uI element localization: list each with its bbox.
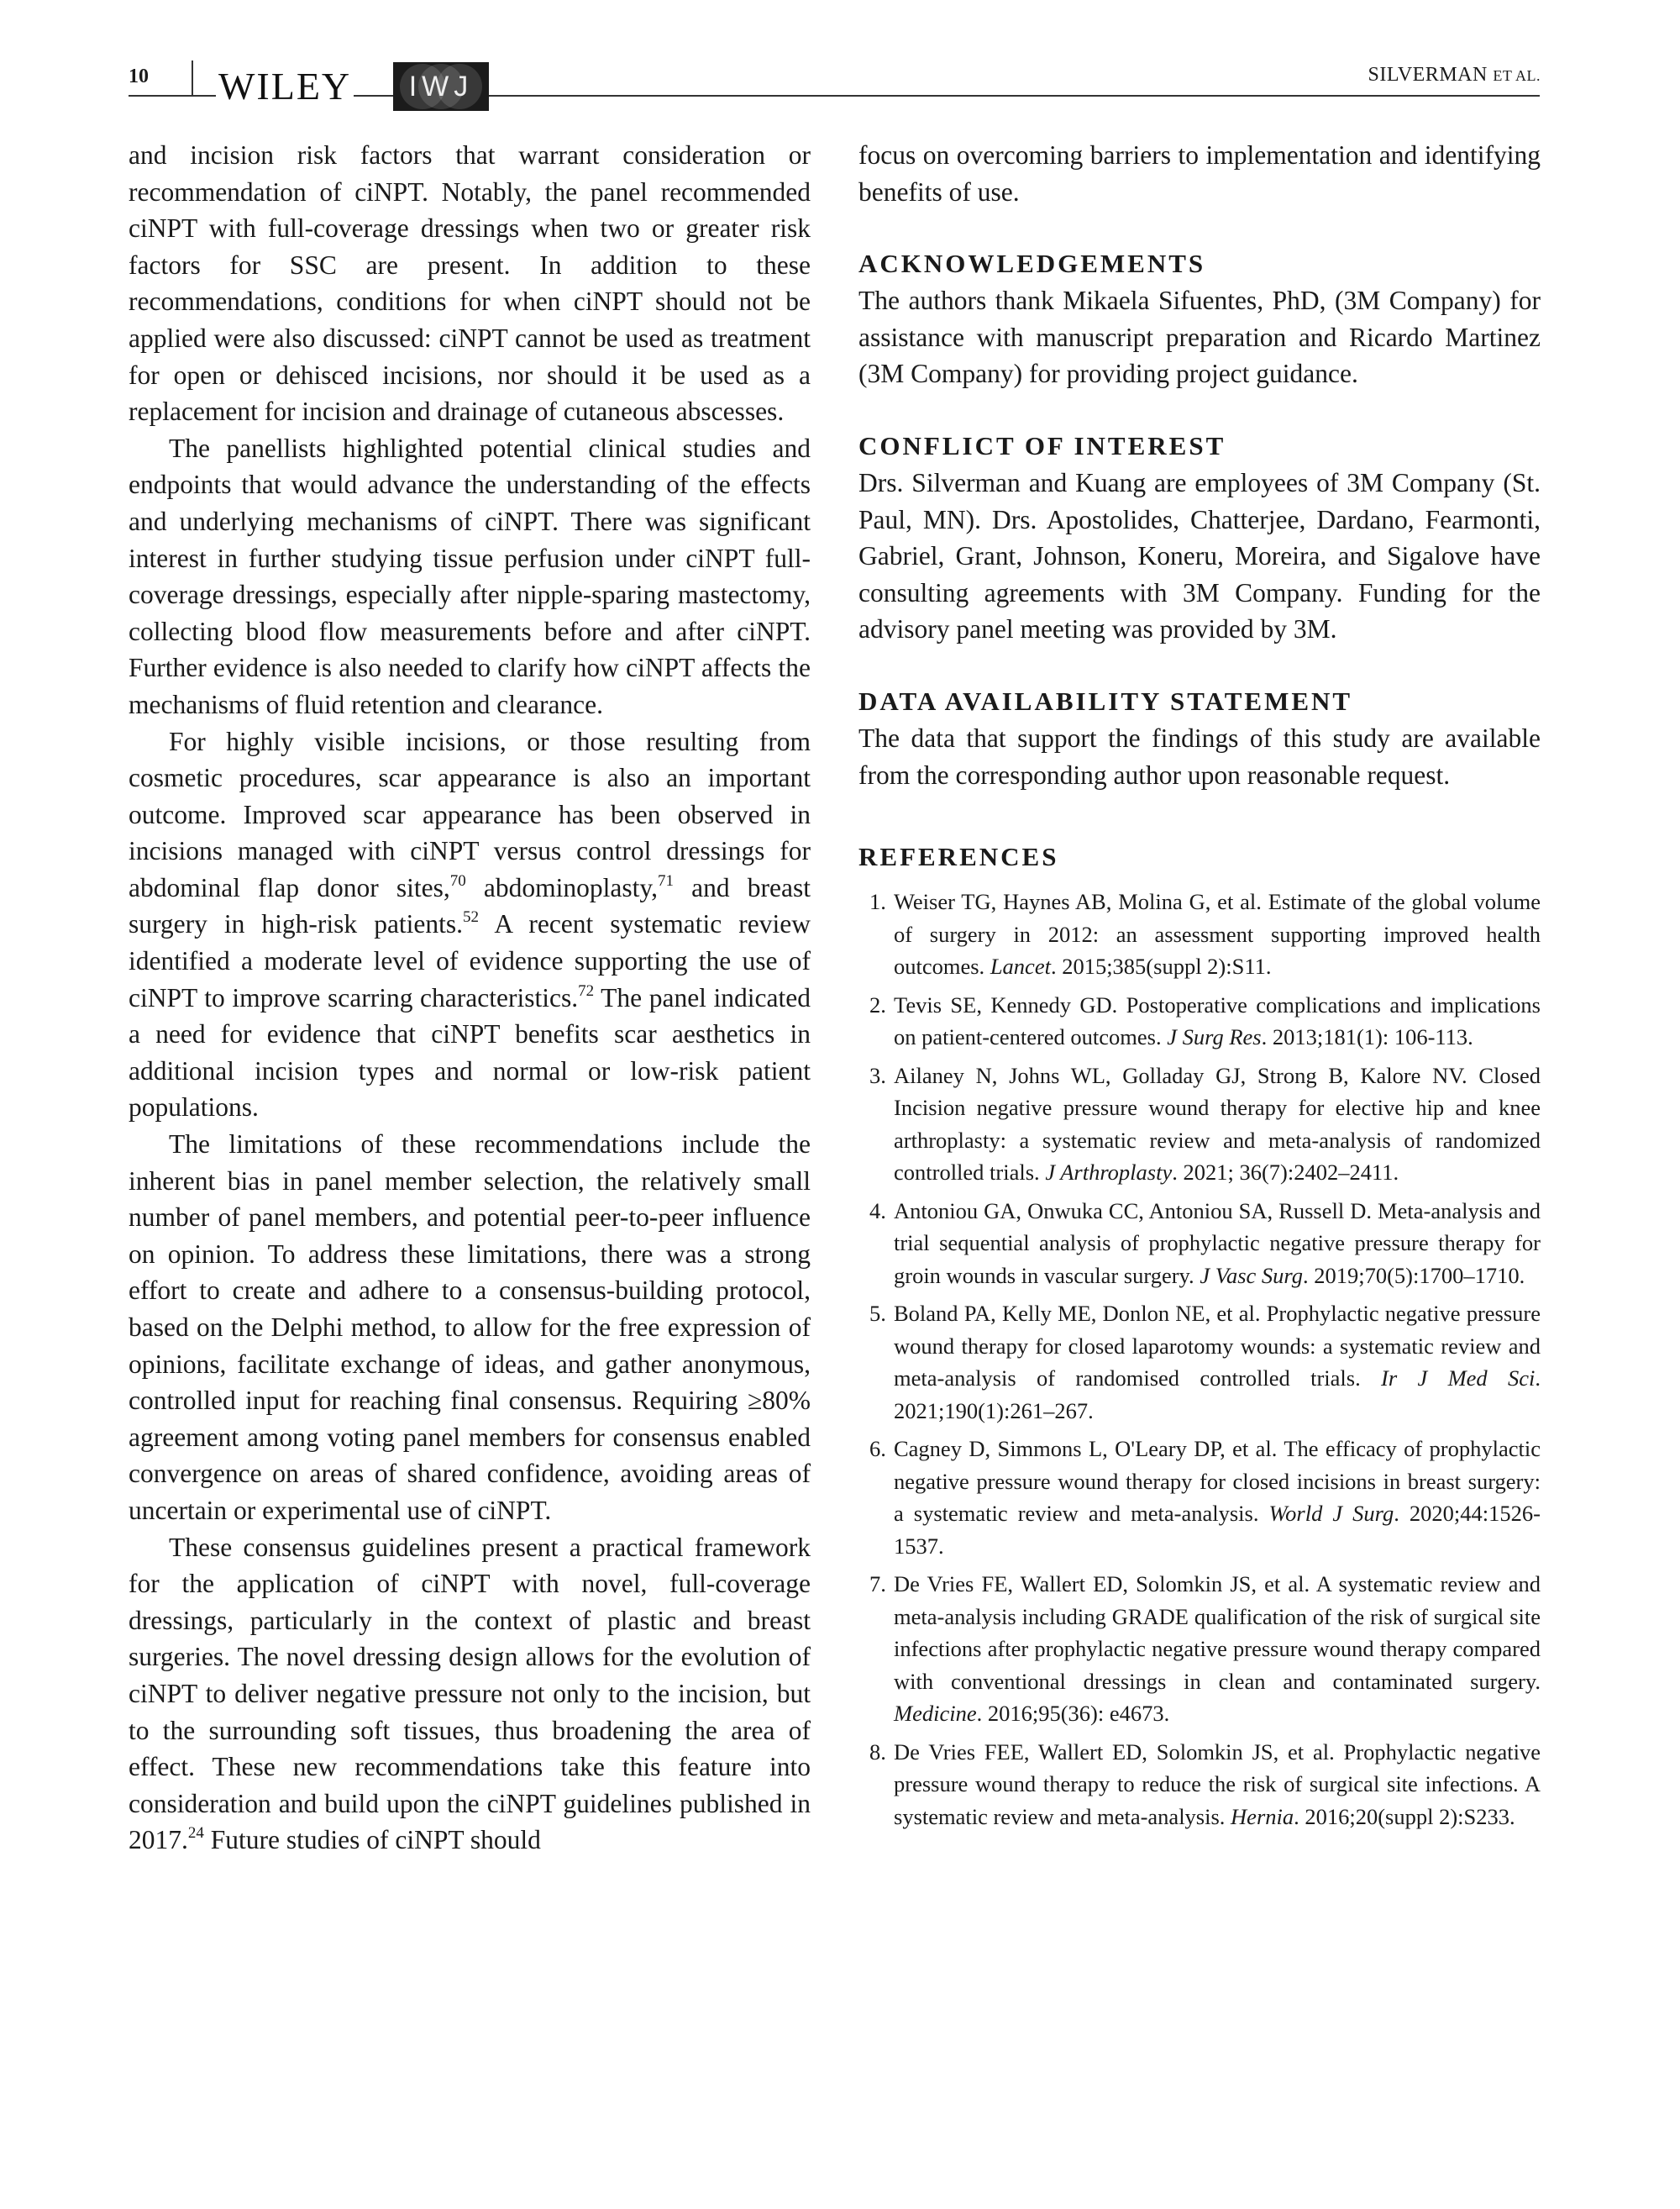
wiley-logo: WILEY (216, 67, 354, 106)
reference-number: 7. (869, 1568, 886, 1601)
reference-text: De Vries FE, Wallert ED, Solomkin JS, et… (894, 1571, 1541, 1694)
section-heading-references: REFERENCES (858, 839, 1541, 876)
reference-item: 5.Boland PA, Kelly ME, Donlon NE, et al.… (858, 1297, 1541, 1427)
body-paragraph-continuation: focus on overcoming barriers to implemen… (858, 137, 1541, 210)
citation-link[interactable]: 52 (463, 908, 479, 926)
citation-link[interactable]: 24 (188, 1824, 204, 1842)
reference-item: 1.Weiser TG, Haynes AB, Molina G, et al.… (858, 886, 1541, 983)
text-segment: Future studies of ciNPT should (204, 1825, 541, 1854)
reference-item: 6.Cagney D, Simmons L, O'Leary DP, et al… (858, 1433, 1541, 1562)
acknowledgements-text: The authors thank Mikaela Sifuentes, PhD… (858, 282, 1541, 392)
references-list: 1.Weiser TG, Haynes AB, Molina G, et al.… (858, 886, 1541, 1833)
text-segment: abdominoplasty, (466, 873, 658, 902)
citation-link[interactable]: 72 (578, 982, 594, 1000)
running-head-author: SILVERMAN (1368, 64, 1488, 86)
right-column: focus on overcoming barriers to implemen… (858, 137, 1541, 1838)
body-paragraph-conclusion: These consensus guidelines present a pra… (129, 1529, 811, 1859)
section-heading-data-availability: DATA AVAILABILITY STATEMENT (858, 683, 1541, 720)
reference-number: 6. (869, 1433, 886, 1465)
reference-number: 3. (869, 1060, 886, 1092)
section-heading-conflict-of-interest: CONFLICT OF INTEREST (858, 428, 1541, 465)
body-paragraph: The limitations of these recommendations… (129, 1126, 811, 1529)
header-divider-tick (192, 60, 193, 96)
reference-item: 4.Antoniou GA, Onwuka CC, Antoniou SA, R… (858, 1195, 1541, 1292)
iwj-badge-text: IWJ (393, 71, 489, 103)
page-number: 10 (129, 66, 149, 88)
reference-details: . 2013;181(1): 106-113. (1262, 1024, 1473, 1049)
citation-link[interactable]: 70 (450, 872, 466, 890)
reference-journal: Lancet (990, 954, 1051, 979)
reference-number: 8. (869, 1736, 886, 1769)
section-heading-acknowledgements: ACKNOWLEDGEMENTS (858, 245, 1541, 282)
reference-journal: J Vasc Surg (1200, 1263, 1303, 1288)
body-paragraph: and incision risk factors that warrant c… (129, 137, 811, 430)
reference-journal: J Surg Res (1167, 1024, 1261, 1049)
reference-details: . 2016;20(suppl 2):S233. (1294, 1804, 1515, 1829)
reference-number: 4. (869, 1195, 886, 1228)
running-head-suffix: ET AL. (1493, 67, 1541, 84)
text-segment: These consensus guidelines present a pra… (129, 1533, 811, 1855)
reference-details: . 2016;95(36): e4673. (977, 1701, 1170, 1726)
reference-number: 5. (869, 1297, 886, 1330)
reference-journal: J Arthroplasty (1045, 1160, 1172, 1185)
data-availability-text: The data that support the findings of th… (858, 720, 1541, 793)
body-paragraph-scar: For highly visible incisions, or those r… (129, 723, 811, 1127)
reference-number: 2. (869, 989, 886, 1022)
body-paragraph: The panellists highlighted potential cli… (129, 430, 811, 723)
reference-item: 8.De Vries FEE, Wallert ED, Solomkin JS,… (858, 1736, 1541, 1833)
reference-journal: Medicine (894, 1701, 977, 1726)
reference-item: 2.Tevis SE, Kennedy GD. Postoperative co… (858, 989, 1541, 1054)
reference-item: 7.De Vries FE, Wallert ED, Solomkin JS, … (858, 1568, 1541, 1730)
reference-journal: World J Surg (1269, 1501, 1394, 1526)
reference-journal: Ir J Med Sci (1381, 1365, 1535, 1391)
citation-link[interactable]: 71 (658, 872, 674, 890)
conflict-of-interest-text: Drs. Silverman and Kuang are employees o… (858, 465, 1541, 648)
left-column: and incision risk factors that warrant c… (129, 137, 811, 1859)
reference-number: 1. (869, 886, 886, 918)
reference-item: 3.Ailaney N, Johns WL, Golladay GJ, Stro… (858, 1060, 1541, 1189)
wiley-logo-text: WILEY (218, 65, 351, 108)
reference-details: . 2015;385(suppl 2):S11. (1051, 954, 1272, 979)
reference-journal: Hernia (1231, 1804, 1294, 1829)
running-head: SILVERMAN ET AL. (1368, 64, 1541, 87)
iwj-journal-badge: IWJ (393, 62, 489, 111)
reference-details: . 2019;70(5):1700–1710. (1303, 1263, 1525, 1288)
reference-details: . 2021; 36(7):2402–2411. (1172, 1160, 1399, 1185)
